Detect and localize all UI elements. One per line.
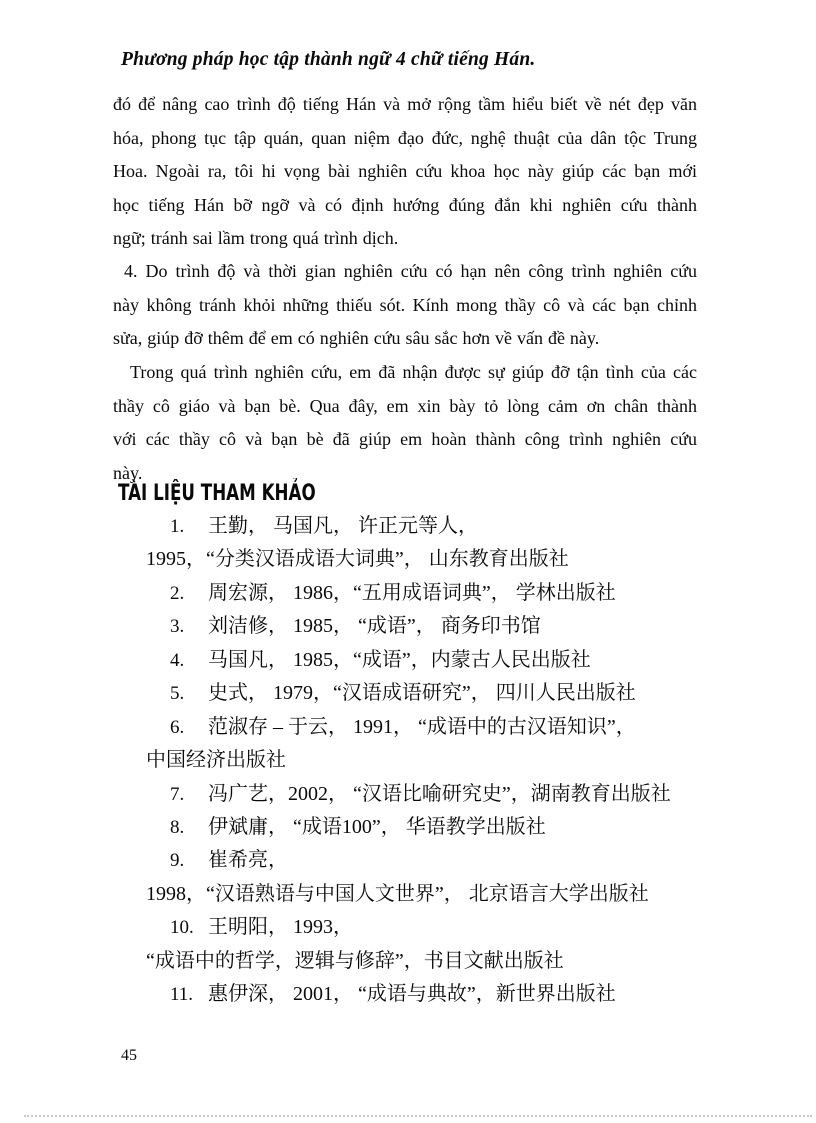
paragraph-line: đó để nâng cao trình độ tiếng Hán và mở … — [113, 88, 697, 122]
page-break-divider — [24, 1115, 812, 1117]
reference-item: 4.马国凡， 1985，“成语”，内蒙古人民出版社 — [113, 644, 753, 677]
paragraph-line: với các thầy cô và bạn bè đã giúp em hoà… — [113, 423, 697, 457]
reference-number: 10. — [170, 911, 208, 944]
paragraph-line: hóa, phong tục tập quán, quan niệm đạo đ… — [113, 122, 697, 156]
reference-text: 刘洁修， 1985， “成语”， 商务印书馆 — [208, 615, 541, 637]
paragraph-3: Trong quá trình nghiên cứu, em đã nhận đ… — [113, 356, 697, 490]
reference-text: 史式， 1979，“汉语成语研究”， 四川人民出版社 — [208, 682, 636, 704]
reference-text: 崔希亮， — [208, 849, 288, 871]
reference-item: 5.史式， 1979，“汉语成语研究”， 四川人民出版社 — [113, 677, 753, 710]
reference-text: 伊斌庸， “成语100”， 华语教学出版社 — [208, 816, 546, 838]
reference-item: 2.周宏源， 1986，“五用成语词典”， 学林出版社 — [113, 577, 753, 610]
paragraph-line: 4. Do trình độ và thời gian nghiên cứu c… — [113, 255, 697, 289]
reference-item: 10.王明阳， 1993， — [113, 911, 753, 944]
reference-continuation: 1995，“分类汉语成语大词典”， 山东教育出版社 — [113, 543, 753, 576]
reference-continuation: 1998，“汉语熟语与中国人文世界”， 北京语言大学出版社 — [113, 878, 753, 911]
reference-text: 中国经济出版社 — [146, 749, 286, 771]
paragraph-line: sửa, giúp đỡ thêm để em có nghiên cứu sâ… — [113, 322, 697, 356]
reference-text: “成语中的哲学，逻辑与修辞”，书目文献出版社 — [146, 950, 564, 972]
reference-number: 1. — [170, 510, 208, 543]
reference-number: 6. — [170, 711, 208, 744]
reference-text: 范淑存 – 于云， 1991， “成语中的古汉语知识”， — [208, 716, 636, 738]
reference-item: 1.王勤， 马国凡， 许正元等人， — [113, 510, 753, 543]
paragraph-line: ngữ; tránh sai lầm trong quá trình dịch. — [113, 222, 697, 256]
paragraph-line: này không tránh khỏi những thiếu sót. Kí… — [113, 289, 697, 323]
reference-text: 1995，“分类汉语成语大词典”， 山东教育出版社 — [146, 548, 569, 570]
reference-number: 2. — [170, 577, 208, 610]
paragraph-line: học tiếng Hán bỡ ngỡ và có định hướng đú… — [113, 189, 697, 223]
document-page: Phương pháp học tập thành ngữ 4 chữ tiến… — [0, 0, 816, 1123]
reference-item: 11.惠伊深， 2001， “成语与典故”，新世界出版社 — [113, 978, 753, 1011]
reference-item: 9.崔希亮， — [113, 844, 753, 877]
paragraph-2: 4. Do trình độ và thời gian nghiên cứu c… — [113, 255, 697, 356]
reference-continuation: 中国经济出版社 — [113, 744, 753, 777]
reference-item: 6.范淑存 – 于云， 1991， “成语中的古汉语知识”， — [113, 711, 753, 744]
reference-text: 惠伊深， 2001， “成语与典故”，新世界出版社 — [208, 983, 616, 1005]
paragraph-line: Trong quá trình nghiên cứu, em đã nhận đ… — [113, 356, 697, 390]
reference-item: 8.伊斌庸， “成语100”， 华语教学出版社 — [113, 811, 753, 844]
reference-text: 冯广艺，2002， “汉语比喻研究史”，湖南教育出版社 — [208, 783, 671, 805]
reference-item: 3.刘洁修， 1985， “成语”， 商务印书馆 — [113, 610, 753, 643]
reference-number: 11. — [170, 978, 208, 1011]
reference-number: 5. — [170, 677, 208, 710]
references-heading: TÀI LIỆU THAM KHẢO — [118, 481, 316, 507]
paragraph-1: đó để nâng cao trình độ tiếng Hán và mở … — [113, 88, 697, 256]
reference-text: 周宏源， 1986，“五用成语词典”， 学林出版社 — [208, 582, 616, 604]
document-viewer: { "header": { "title": "Phương pháp học … — [0, 0, 816, 1123]
reference-text: 王明阳， 1993， — [208, 916, 353, 938]
paragraph-line: thầy cô giáo và bạn bè. Qua đây, em xin … — [113, 390, 697, 424]
reference-number: 3. — [170, 610, 208, 643]
reference-item: 7.冯广艺，2002， “汉语比喻研究史”，湖南教育出版社 — [113, 778, 753, 811]
running-header-title: Phương pháp học tập thành ngữ 4 chữ tiến… — [121, 46, 535, 74]
reference-text: 王勤， 马国凡， 许正元等人， — [208, 515, 478, 537]
reference-text: 马国凡， 1985，“成语”，内蒙古人民出版社 — [208, 649, 591, 671]
reference-number: 8. — [170, 811, 208, 844]
page-number: 45 — [121, 1046, 137, 1066]
reference-number: 7. — [170, 778, 208, 811]
paragraph-line: Hoa. Ngoài ra, tôi hi vọng bài nghiên cứ… — [113, 155, 697, 189]
reference-continuation: “成语中的哲学，逻辑与修辞”，书目文献出版社 — [113, 945, 753, 978]
reference-number: 9. — [170, 844, 208, 877]
reference-number: 4. — [170, 644, 208, 677]
references-list: 1.王勤， 马国凡， 许正元等人， 1995，“分类汉语成语大词典”， 山东教育… — [113, 510, 753, 1012]
reference-text: 1998，“汉语熟语与中国人文世界”， 北京语言大学出版社 — [146, 883, 649, 905]
